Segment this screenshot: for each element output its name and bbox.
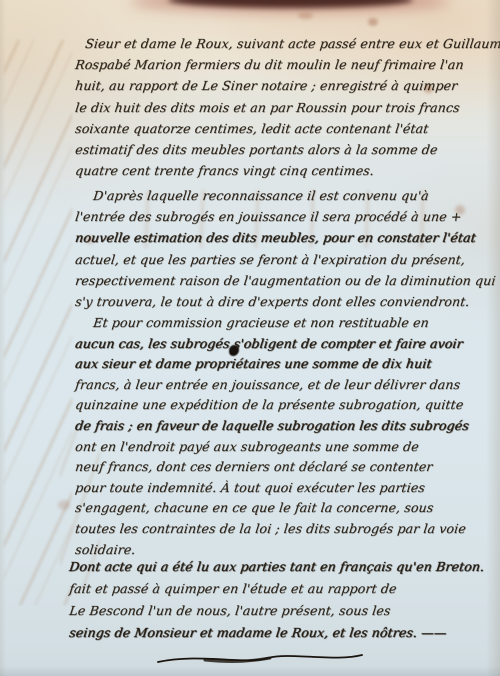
paragraph-new-estimation: D'après laquelle reconnaissance il est c… — [74, 185, 494, 312]
manuscript-line: aucun cas, les subrogés s'obligent de co… — [74, 334, 497, 355]
manuscript-line: soixante quatorze centimes, ledit acte c… — [74, 118, 497, 139]
paragraph-commission-terms: Et pour commission gracieuse et non rest… — [74, 313, 494, 560]
page-right-edge-shade — [486, 0, 500, 676]
manuscript-line: quinzaine une expédition de la présente … — [74, 395, 497, 416]
manuscript-line: actuel, et que les parties se feront à l… — [74, 249, 497, 270]
manuscript-line: fait et passé à quimper en l'étude et au… — [68, 578, 491, 600]
manuscript-line: s'engagent, chacune en ce que le fait la… — [74, 498, 497, 519]
manuscript-page: Sieur et dame le Roux, suivant acte pass… — [0, 0, 500, 676]
manuscript-line: seings de Monsieur et madame le Roux, et… — [68, 622, 491, 644]
manuscript-text: Sieur et dame le Roux, suivant acte pass… — [0, 0, 500, 676]
manuscript-line: Sieur et dame le Roux, suivant acte pass… — [74, 33, 497, 54]
manuscript-line: quatre cent trente francs vingt cinq cen… — [74, 160, 497, 181]
manuscript-line: Dont acte qui a été lu aux parties tant … — [68, 556, 491, 578]
manuscript-line: Et pour commission gracieuse et non rest… — [74, 313, 497, 334]
manuscript-line: Rospabé Marion fermiers du dit moulin le… — [74, 54, 497, 75]
manuscript-line: de frais ; en faveur de laquelle subroga… — [74, 416, 497, 437]
manuscript-line: Le Bescond l'un de nous, l'autre présent… — [68, 600, 491, 622]
manuscript-line: neuf francs, dont ces derniers ont décla… — [74, 457, 497, 478]
page-left-edge-shade — [0, 0, 6, 676]
manuscript-line: respectivement raison de l'augmentation … — [74, 270, 497, 291]
manuscript-line: pour toute indemnité. À tout quoi exécut… — [74, 478, 497, 499]
page-bottom-edge-shade — [0, 666, 500, 676]
paragraph-closing: Dont acte qui a été lu aux parties tant … — [68, 556, 488, 644]
manuscript-line: le dix huit des dits mois et an par Rous… — [74, 97, 497, 118]
manuscript-line: nouvelle estimation des dits meubles, po… — [74, 227, 497, 248]
paragraph-act-reference: Sieur et dame le Roux, suivant acte pass… — [74, 33, 494, 181]
manuscript-line: s'y trouvera, le tout à dire d'experts d… — [74, 291, 497, 312]
manuscript-line: ont en l'endroit payé aux subrogeants un… — [74, 437, 497, 458]
manuscript-line: toutes les contraintes de la loi ; les d… — [74, 519, 497, 540]
manuscript-line: estimatif des dits meubles portants alor… — [74, 139, 497, 160]
manuscript-line: huit, au rapport de Le Siner notaire ; e… — [74, 75, 497, 96]
manuscript-line: aux sieur et dame propriétaires une somm… — [74, 354, 497, 375]
manuscript-line: D'après laquelle reconnaissance il est c… — [74, 185, 497, 206]
manuscript-line: l'entrée des subrogés en jouissance il s… — [74, 206, 497, 227]
manuscript-line: francs, à leur entrée en jouissance, et … — [74, 375, 497, 396]
